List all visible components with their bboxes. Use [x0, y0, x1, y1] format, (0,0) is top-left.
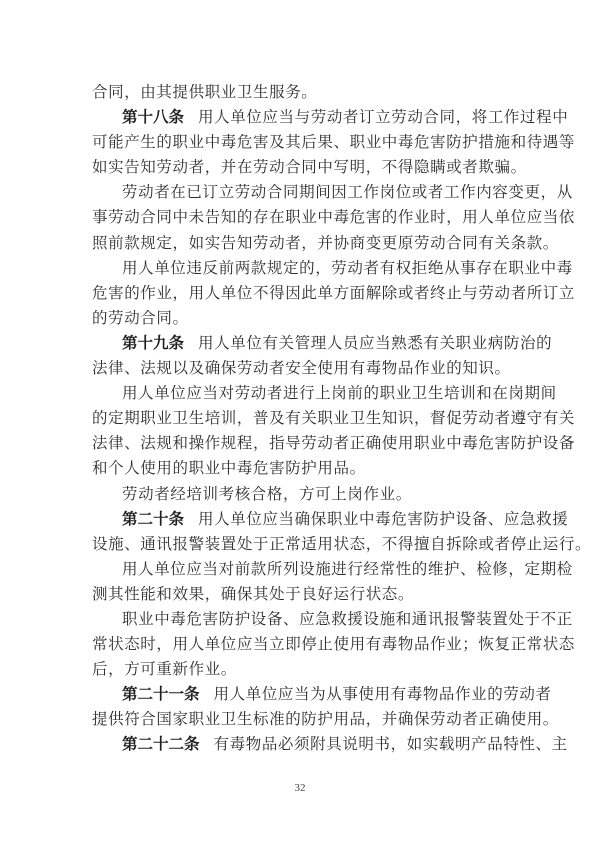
text-span: 用人单位应当与劳动者订立劳动合同，将工作过程中	[198, 108, 568, 126]
text-line: 如实告知劳动者，并在劳动合同中写明，不得隐瞒或者欺骗。	[92, 155, 506, 180]
text-span: 用人单位应当为从事使用有毒物品作业的劳动者	[214, 685, 552, 703]
text-line: 后，方可重新作业。	[92, 657, 506, 682]
article-heading-19: 第十九条	[122, 334, 184, 352]
text-span: 用人单位有关管理人员应当熟悉有关职业病防治的	[198, 334, 552, 352]
text-line: 劳动者在已订立劳动合同期间因工作岗位或者工作内容变更，从	[92, 180, 506, 205]
text-line: 设施、通讯报警装置处于正常适用状态，不得擅自拆除或者停止运行。	[92, 532, 506, 557]
article-heading-21: 第二十一条	[122, 685, 200, 703]
text-line: 合同，由其提供职业卫生服务。	[92, 80, 506, 105]
document-body: 合同，由其提供职业卫生服务。 第十八条用人单位应当与劳动者订立劳动合同，将工作过…	[92, 80, 506, 758]
text-line: 劳动者经培训考核合格，方可上岗作业。	[92, 482, 506, 507]
article-19-line: 第十九条用人单位有关管理人员应当熟悉有关职业病防治的	[92, 331, 506, 356]
article-heading-18: 第十八条	[122, 108, 184, 126]
text-line: 用人单位违反前两款规定的，劳动者有权拒绝从事存在职业中毒	[92, 256, 506, 281]
text-span: 有毒物品必须附具说明书，如实载明产品特性、主	[214, 735, 568, 753]
text-line: 危害的作业，用人单位不得因此单方面解除或者终止与劳动者所订立	[92, 281, 506, 306]
page-number: 32	[0, 782, 600, 794]
text-line: 法律、法规以及确保劳动者安全使用有毒物品作业的知识。	[92, 356, 506, 381]
text-line: 的劳动合同。	[92, 306, 506, 331]
text-line: 法律、法规和操作规程，指导劳动者正确使用职业中毒危害防护设备	[92, 431, 506, 456]
article-18-line: 第十八条用人单位应当与劳动者订立劳动合同，将工作过程中	[92, 105, 506, 130]
text-span: 用人单位应当确保职业中毒危害防护设备、应急救援	[198, 510, 568, 528]
text-line: 和个人使用的职业中毒危害防护用品。	[92, 456, 506, 481]
text-line: 可能产生的职业中毒危害及其后果、职业中毒危害防护措施和待遇等	[92, 130, 506, 155]
text-line: 测其性能和效果，确保其处于良好运行状态。	[92, 582, 506, 607]
article-heading-22: 第二十二条	[122, 735, 200, 753]
article-21-line: 第二十一条用人单位应当为从事使用有毒物品作业的劳动者	[92, 682, 506, 707]
article-20-line: 第二十条用人单位应当确保职业中毒危害防护设备、应急救援	[92, 507, 506, 532]
article-heading-20: 第二十条	[122, 510, 184, 528]
text-line: 用人单位应当对前款所列设施进行经常性的维护、检修，定期检	[92, 557, 506, 582]
text-line: 照前款规定，如实告知劳动者，并协商变更原劳动合同有关条款。	[92, 231, 506, 256]
text-line: 提供符合国家职业卫生标准的防护用品，并确保劳动者正确使用。	[92, 707, 506, 732]
text-line: 事劳动合同中未告知的存在职业中毒危害的作业时，用人单位应当依	[92, 205, 506, 230]
text-line: 常状态时，用人单位应当立即停止使用有毒物品作业；恢复正常状态	[92, 632, 506, 657]
text-line: 的定期职业卫生培训，普及有关职业卫生知识，督促劳动者遵守有关	[92, 406, 506, 431]
text-line: 用人单位应当对劳动者进行上岗前的职业卫生培训和在岗期间	[92, 381, 506, 406]
document-page: 合同，由其提供职业卫生服务。 第十八条用人单位应当与劳动者订立劳动合同，将工作过…	[0, 0, 600, 848]
article-22-line: 第二十二条有毒物品必须附具说明书，如实载明产品特性、主	[92, 732, 506, 757]
text-line: 职业中毒危害防护设备、应急救援设施和通讯报警装置处于不正	[92, 607, 506, 632]
